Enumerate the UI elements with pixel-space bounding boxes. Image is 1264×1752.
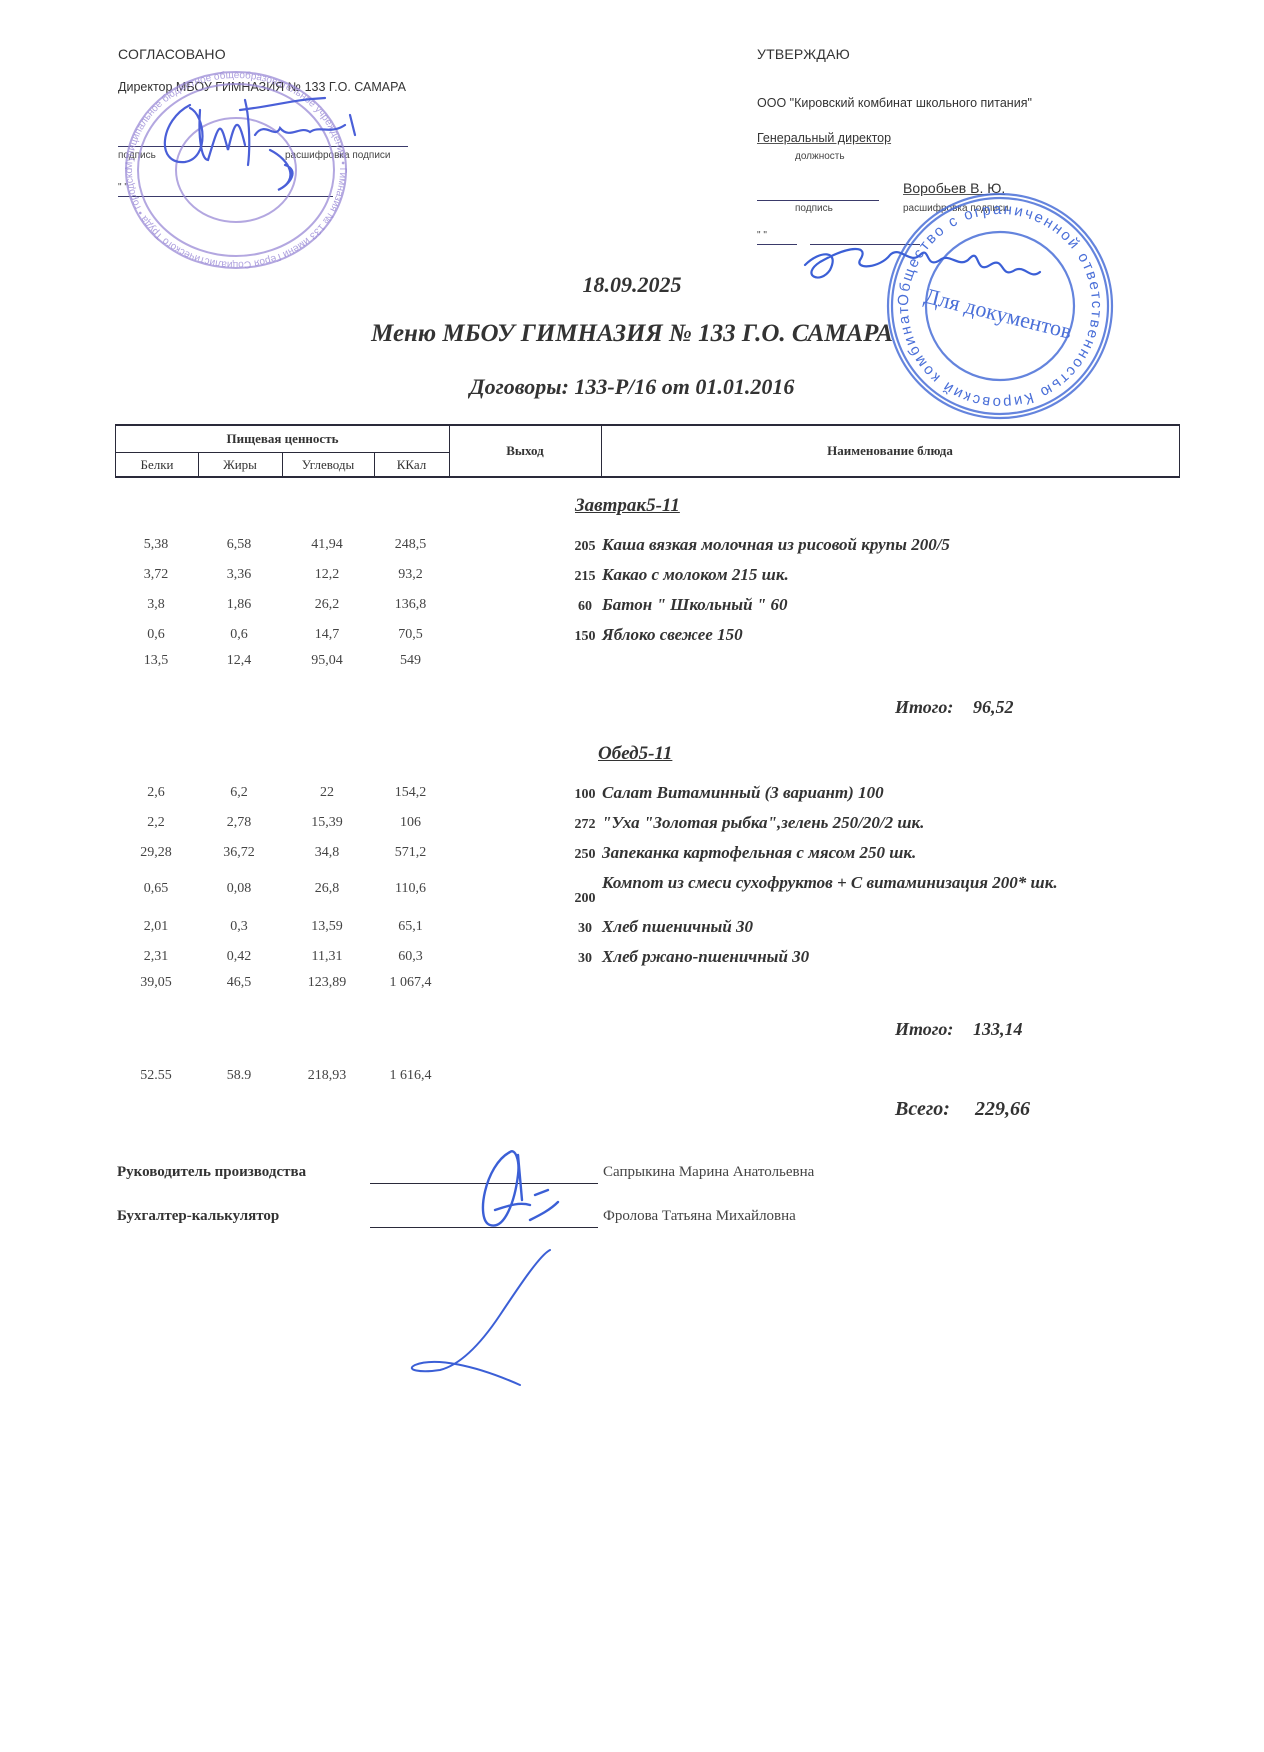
accountant-label: Бухгалтер-калькулятор: [117, 1208, 279, 1225]
document-title: Меню МБОУ ГИМНАЗИЯ № 133 Г.О. САМАРА: [0, 320, 1264, 348]
nutrition-group-header: Пищевая ценность: [116, 426, 449, 452]
nutrition-fat: 6,2: [197, 785, 281, 801]
dish-name: Яблоко свежее 150: [602, 625, 1242, 645]
dish-yield: 200: [545, 891, 625, 907]
nutrition-protein: 5,38: [115, 537, 197, 553]
nutrition-carbs: 26,2: [281, 597, 373, 613]
col-protein: Белки: [116, 453, 198, 476]
production-manager-label: Руководитель производства: [117, 1164, 306, 1181]
nutrition-protein: 2,2: [115, 815, 197, 831]
dish-name: Запеканка картофельная с мясом 250 шк.: [602, 843, 1242, 863]
subtotal-carbs: 95,04: [281, 653, 373, 669]
nutrition-carbs: 11,31: [281, 949, 373, 965]
subtotal-carbs: 123,89: [281, 975, 373, 991]
nutrition-kcal: 154,2: [373, 785, 448, 801]
section-title: Обед5-11: [598, 743, 672, 765]
menu-table-header: Пищевая ценность Белки Жиры Углеводы ККа…: [115, 424, 1180, 478]
dish-name: Каша вязкая молочная из рисовой крупы 20…: [602, 535, 1242, 555]
section-total-value: 133,14: [973, 1019, 1023, 1040]
approval-right-heading: УТВЕРЖДАЮ: [757, 46, 850, 62]
col-carbs: Углеводы: [282, 453, 374, 476]
accountant-name: Фролова Татьяна Михайловна: [603, 1208, 796, 1225]
grand-total-value: 229,66: [975, 1098, 1030, 1121]
nutrition-kcal: 93,2: [373, 567, 448, 583]
subtotal-kcal: 1 067,4: [373, 975, 448, 991]
nutrition-carbs: 13,59: [281, 919, 373, 935]
col-yield: Выход: [449, 426, 601, 476]
nutrition-fat: 0,3: [197, 919, 281, 935]
signature-line: [757, 200, 879, 201]
subtotal-protein: 13,5: [115, 653, 197, 669]
col-dish-name: Наименование блюда: [601, 426, 1179, 476]
accountant-signature: [400, 1245, 570, 1395]
nutrition-fat: 0,6: [197, 627, 281, 643]
grand-total-carbs: 218,93: [281, 1068, 373, 1084]
nutrition-kcal: 65,1: [373, 919, 448, 935]
subtotal-kcal: 549: [373, 653, 448, 669]
subtotal-fat: 12,4: [197, 653, 281, 669]
nutrition-kcal: 70,5: [373, 627, 448, 643]
document-date: 18.09.2025: [0, 272, 1264, 298]
nutrition-kcal: 136,8: [373, 597, 448, 613]
nutrition-carbs: 22: [281, 785, 373, 801]
nutrition-carbs: 12,2: [281, 567, 373, 583]
section-total-value: 96,52: [973, 697, 1014, 718]
nutrition-protein: 0,6: [115, 627, 197, 643]
col-kcal: ККал: [374, 453, 449, 476]
dish-name: Хлеб ржано-пшеничный 30: [602, 947, 1242, 967]
production-manager-name: Сапрыкина Марина Анатольевна: [603, 1164, 814, 1181]
grand-total-fat: 58.9: [197, 1068, 281, 1084]
dish-name: Компот из смеси сухофруктов + С витамини…: [602, 873, 1137, 893]
nutrition-protein: 3,72: [115, 567, 197, 583]
nutrition-fat: 6,58: [197, 537, 281, 553]
date-day-line: [757, 244, 797, 245]
subtotal-fat: 46,5: [197, 975, 281, 991]
nutrition-protein: 2,31: [115, 949, 197, 965]
production-manager-signature: [470, 1140, 580, 1240]
nutrition-carbs: 34,8: [281, 845, 373, 861]
dish-name: "Уха "Золотая рыбка",зелень 250/20/2 шк.: [602, 813, 1242, 833]
signature-caption: подпись: [795, 203, 833, 214]
dish-name: Салат Витаминный (3 вариант) 100: [602, 783, 1242, 803]
nutrition-kcal: 110,6: [373, 881, 448, 897]
nutrition-carbs: 14,7: [281, 627, 373, 643]
nutrition-carbs: 41,94: [281, 537, 373, 553]
nutrition-fat: 36,72: [197, 845, 281, 861]
document-contract: Договоры: 133-Р/16 от 01.01.2016: [0, 374, 1264, 400]
section-total-label: Итого:: [895, 697, 953, 718]
dish-name: Батон " Школьный " 60: [602, 595, 1242, 615]
nutrition-protein: 29,28: [115, 845, 197, 861]
nutrition-carbs: 15,39: [281, 815, 373, 831]
section-title: Завтрак5-11: [575, 495, 680, 517]
nutrition-fat: 0,08: [197, 881, 281, 897]
director-signature: [150, 90, 370, 200]
nutrition-fat: 2,78: [197, 815, 281, 831]
subtotal-protein: 39,05: [115, 975, 197, 991]
nutrition-protein: 3,8: [115, 597, 197, 613]
dish-name: Хлеб пшеничный 30: [602, 917, 1242, 937]
grand-total-label: Всего:: [895, 1098, 950, 1121]
nutrition-kcal: 248,5: [373, 537, 448, 553]
date-placeholder: " ": [757, 230, 767, 241]
position-caption: должность: [795, 151, 845, 162]
grand-total-kcal: 1 616,4: [373, 1068, 448, 1084]
nutrition-fat: 3,36: [197, 567, 281, 583]
col-fat: Жиры: [198, 453, 282, 476]
nutrition-kcal: 571,2: [373, 845, 448, 861]
nutrition-protein: 2,01: [115, 919, 197, 935]
nutrition-kcal: 60,3: [373, 949, 448, 965]
nutrition-kcal: 106: [373, 815, 448, 831]
nutrition-protein: 2,6: [115, 785, 197, 801]
grand-total-protein: 52.55: [115, 1068, 197, 1084]
approval-right-position: Генеральный директор: [757, 131, 891, 145]
section-total-label: Итого:: [895, 1019, 953, 1040]
nutrition-fat: 0,42: [197, 949, 281, 965]
approval-right-org: ООО "Кировский комбинат школьного питани…: [757, 96, 1032, 110]
nutrition-carbs: 26,8: [281, 881, 373, 897]
nutrition-fat: 1,86: [197, 597, 281, 613]
dish-name: Какао с молоком 215 шк.: [602, 565, 1242, 585]
nutrition-protein: 0,65: [115, 881, 197, 897]
